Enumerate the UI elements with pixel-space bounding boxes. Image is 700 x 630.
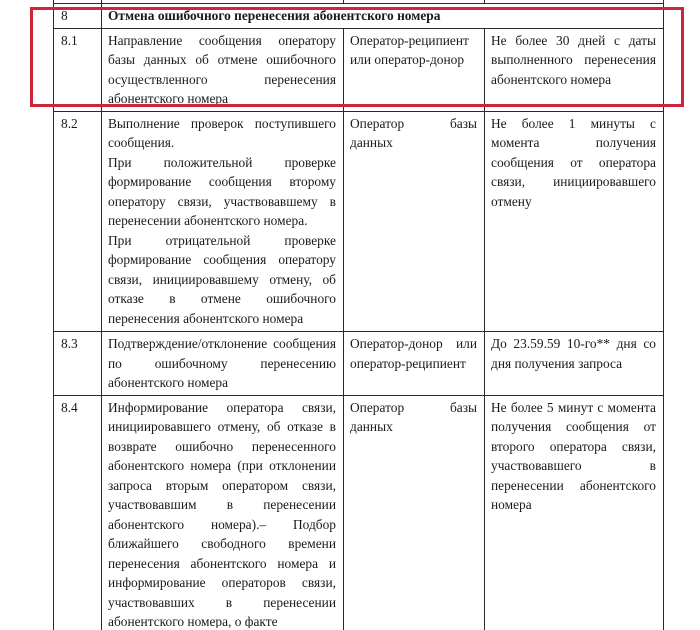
row-actor: Оператор-реципиент или оператор-донор xyxy=(344,28,485,111)
row-description: Направление сообщения оператору базы дан… xyxy=(102,28,344,111)
row-term: До 23.59.59 10-го** дня со дня получения… xyxy=(485,332,664,396)
section-header-row: 8 Отмена ошибочного перенесения абонентс… xyxy=(54,4,664,29)
row-term: Не более 30 дней с даты выполненного пер… xyxy=(485,28,664,111)
row-number: 8.4 xyxy=(54,395,102,630)
table-row: 8.2 Выполнение проверок поступившего соо… xyxy=(54,111,664,332)
row-number: 8.1 xyxy=(54,28,102,111)
row-number: 8.2 xyxy=(54,111,102,332)
row-actor: Оператор базы данных xyxy=(344,111,485,332)
table-row: 8.3 Подтверждение/отклонение сообщения п… xyxy=(54,332,664,396)
row-term: Не более 5 минут с момента получения соо… xyxy=(485,395,664,630)
table-row: 8.4 Информирование оператора связи, иниц… xyxy=(54,395,664,630)
row-number: 8.3 xyxy=(54,332,102,396)
row-actor: Оператор базы данных xyxy=(344,395,485,630)
row-term: Не более 1 минуты с момента получения со… xyxy=(485,111,664,332)
section-number: 8 xyxy=(54,4,102,29)
row-description: Выполнение проверок поступившего сообщен… xyxy=(102,111,344,332)
row-actor: Оператор-донор или оператор-реципиент xyxy=(344,332,485,396)
procedure-table: абонентского номера) 8 Отмена ошибочного… xyxy=(53,0,664,630)
row-description: Информирование оператора связи, иницииро… xyxy=(102,395,344,630)
table-row: 8.1 Направление сообщения оператору базы… xyxy=(54,28,664,111)
row-description: Подтверждение/отклонение сообщения по ош… xyxy=(102,332,344,396)
section-title: Отмена ошибочного перенесения абонентско… xyxy=(102,4,664,29)
